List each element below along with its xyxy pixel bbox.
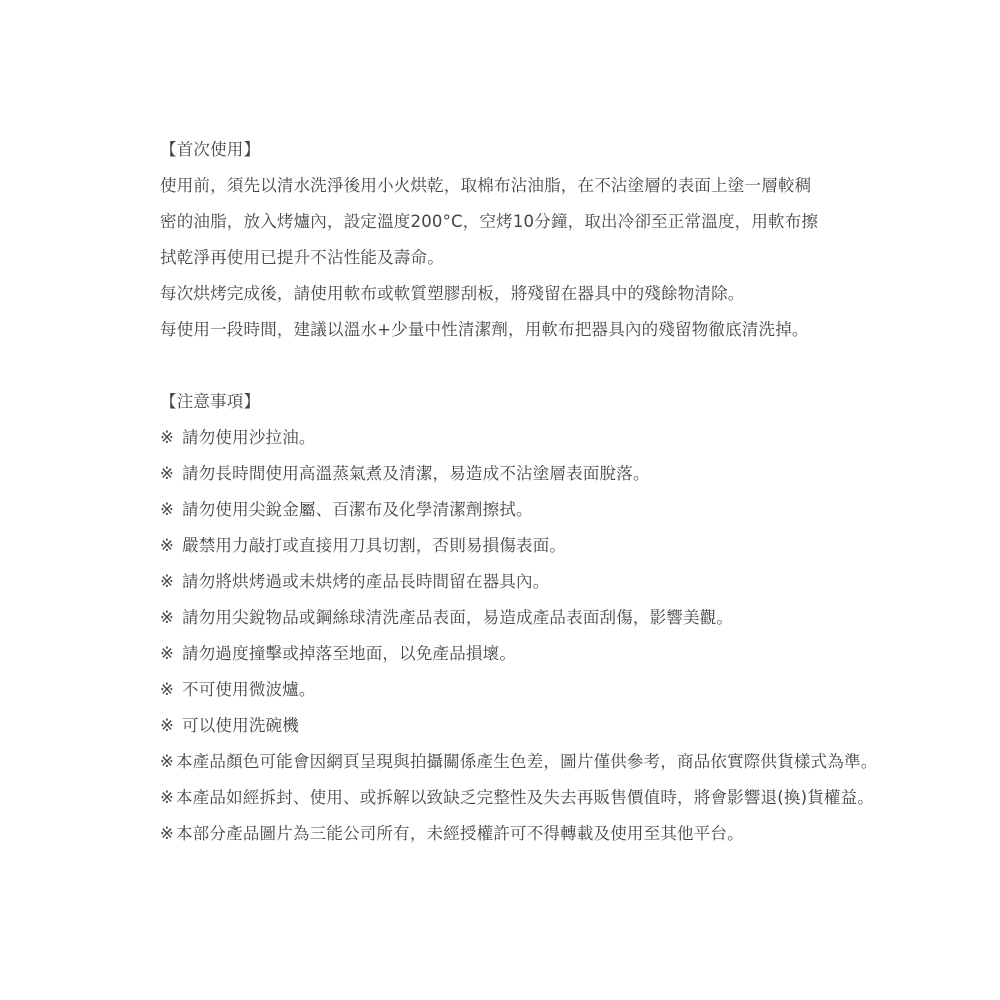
note-item: ※不可使用微波爐。: [160, 680, 316, 700]
first-use-line: 每使用一段時間，建議以溫水+少量中性清潔劑，用軟布把器具內的殘留物徹底清洗掉。: [160, 320, 809, 340]
reference-mark-icon: ※: [160, 572, 174, 591]
note-text: 可以使用洗碗機: [182, 716, 299, 735]
disclaimer-text: 本產品顏色可能會因網頁呈現與拍攝關係產生色差，圖片僅供參考，商品依實際供貨樣式為…: [176, 752, 877, 771]
reference-mark-icon: ※: [160, 680, 174, 699]
note-text: 請勿過度撞擊或掉落至地面，以免產品損壞。: [182, 644, 516, 663]
note-text: 請勿用尖銳物品或鋼絲球清洗產品表面，易造成產品表面刮傷，影響美觀。: [182, 608, 733, 627]
note-item: ※請勿將烘烤過或未烘烤的產品長時間留在器具內。: [160, 572, 549, 592]
note-text: 不可使用微波爐。: [182, 680, 316, 699]
reference-mark-icon: ※: [160, 428, 174, 447]
note-item: ※可以使用洗碗機: [160, 716, 299, 736]
note-item: ※請勿使用沙拉油。: [160, 428, 316, 448]
note-item: ※請勿過度撞擊或掉落至地面，以免產品損壞。: [160, 644, 516, 664]
note-text: 請勿使用尖銳金屬、百潔布及化學清潔劑擦拭。: [182, 500, 533, 519]
note-item: ※請勿使用尖銳金屬、百潔布及化學清潔劑擦拭。: [160, 500, 533, 520]
first-use-line: 每次烘烤完成後，請使用軟布或軟質塑膠刮板，將殘留在器具中的殘餘物清除。: [160, 284, 745, 304]
note-text: 請勿長時間使用高溫蒸氣煮及清潔，易造成不沾塗層表面脫落。: [182, 464, 650, 483]
first-use-line: 使用前，須先以清水洗淨後用小火烘乾，取棉布沾油脂，在不沾塗層的表面上塗一層較稠: [160, 176, 811, 196]
note-text: 請勿使用沙拉油。: [182, 428, 316, 447]
reference-mark-icon: ※: [160, 716, 174, 735]
reference-mark-icon: ※: [160, 536, 174, 555]
reference-mark-icon: ※: [160, 608, 174, 627]
disclaimer-text: 本產品如經拆封、使用、或拆解以致缺乏完整性及失去再販售價值時，將會影響退(換)貨…: [176, 788, 874, 807]
reference-mark-icon: ※: [160, 464, 174, 483]
reference-mark-icon: ※: [160, 752, 174, 771]
note-text: 嚴禁用力敲打或直接用刀具切割，否則易損傷表面。: [182, 536, 566, 555]
disclaimer-item: ※本產品顏色可能會因網頁呈現與拍攝關係產生色差，圖片僅供參考，商品依實際供貨樣式…: [160, 752, 877, 772]
note-item: ※請勿長時間使用高溫蒸氣煮及清潔，易造成不沾塗層表面脫落。: [160, 464, 650, 484]
note-item: ※嚴禁用力敲打或直接用刀具切割，否則易損傷表面。: [160, 536, 566, 556]
disclaimer-item: ※本部分產品圖片為三能公司所有，未經授權許可不得轉載及使用至其他平台。: [160, 824, 744, 844]
reference-mark-icon: ※: [160, 644, 174, 663]
note-item: ※請勿用尖銳物品或鋼絲球清洗產品表面，易造成產品表面刮傷，影響美觀。: [160, 608, 733, 628]
reference-mark-icon: ※: [160, 788, 174, 807]
reference-mark-icon: ※: [160, 500, 174, 519]
reference-mark-icon: ※: [160, 824, 174, 843]
first-use-line: 拭乾淨再使用已提升不沾性能及壽命。: [160, 248, 444, 268]
first-use-heading: 【首次使用】: [160, 140, 260, 160]
note-text: 請勿將烘烤過或未烘烤的產品長時間留在器具內。: [182, 572, 549, 591]
disclaimer-item: ※本產品如經拆封、使用、或拆解以致缺乏完整性及失去再販售價值時，將會影響退(換)…: [160, 788, 874, 808]
notes-heading: 【注意事項】: [160, 392, 260, 412]
first-use-line: 密的油脂，放入烤爐內，設定溫度200°C，空烤10分鐘，取出冷卻至正常溫度，用軟…: [160, 212, 818, 232]
disclaimer-text: 本部分產品圖片為三能公司所有，未經授權許可不得轉載及使用至其他平台。: [176, 824, 744, 843]
